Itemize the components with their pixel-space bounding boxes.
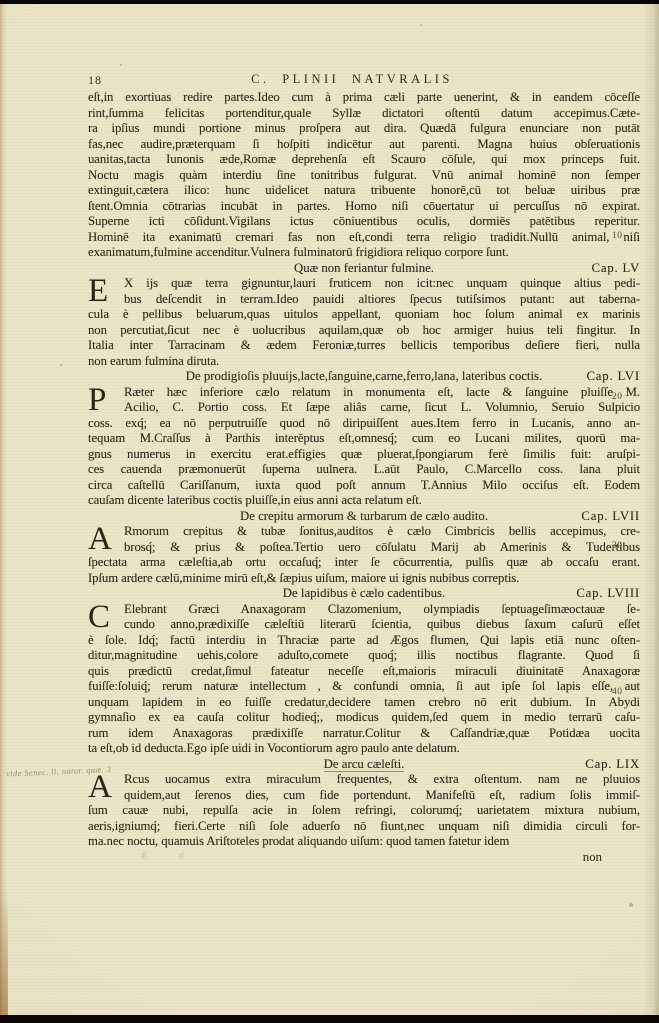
chapter-number: Cap. LVII — [581, 509, 640, 525]
text-line: brosq́; & prius & poſtea.Tertio uero cōſ… — [88, 540, 640, 556]
chapter-number: Cap. LVI — [586, 369, 640, 385]
margin-line-number: 10 — [612, 231, 623, 241]
text-line: exanimatum,fulmine accenditur.Vulnera fu… — [88, 245, 640, 261]
paragraph: PRæter hæc inferiore cælo relatum in mon… — [88, 385, 640, 509]
text-line: cauſam dicente lateribus coctis pluiſſe,… — [88, 493, 640, 509]
text-line: unquam lapidem in eo fuiſſe credatur,dec… — [88, 695, 640, 711]
text-line: cundo anno,prædixiſſe cæleſtiū literarū … — [88, 617, 640, 633]
text-line: gymnaſio ex ea cauſa colitur hodieq́;, m… — [88, 710, 640, 726]
text-line: Ipſum ardere cælū,minime mirū eſt,& ſæpi… — [88, 571, 640, 587]
text-line: bus deſcendit in terram.Ideo pauidi alti… — [88, 292, 640, 308]
text-line: circa caſtellū Cariſſanum, iuxta quod po… — [88, 478, 640, 494]
text-line: cula è pellibus beluarum,quas uitulos ap… — [88, 307, 640, 323]
paragraph: EX ijs quæ terra gignuntur,lauri frutice… — [88, 276, 640, 369]
drop-cap-initial: E — [88, 276, 108, 307]
text-line: gnus numerus in exercitu erat.effigies q… — [88, 447, 640, 463]
text-line: Elebrant Græci Anaxagoram Clazomenium, o… — [88, 602, 640, 618]
text-line: uanitas,tacta Iunonis æde,Romæ deprehenſ… — [88, 152, 640, 168]
text-line: Acilio, C. Portio coss. Et ſæpe aliâs ca… — [88, 400, 640, 416]
chapter-title: De crepitu armorum & turbarum de cælo au… — [240, 509, 488, 523]
paragraph: eſt,in exortiuas redire partes.Ideo cum … — [88, 90, 640, 261]
margin-line-number: 20 — [612, 392, 623, 402]
text-line: ditur,magnitudine uehis,colore aduſto,co… — [88, 648, 640, 664]
chapter-number: Cap. LIX — [585, 757, 640, 773]
text-line: ſpectata arma cæleſtia,ab ortu occaſuq́;… — [88, 555, 640, 571]
paper-specks — [120, 64, 122, 66]
chapter-heading-row: Quæ non feriantur fulmine.Cap. LV — [88, 261, 640, 277]
text-line: ſtent.Omnia cōtrarias incubāt in partes.… — [88, 199, 640, 215]
text-line: ra ipſius mundi portione minus proſpera … — [88, 121, 640, 137]
chapter-heading-row: De crepitu armorum & turbarum de cælo au… — [88, 509, 640, 525]
text-line: Noctu magis quàm interdiu ſine tonitribu… — [88, 168, 640, 184]
paragraph: ARmorum crepitus & tubæ ſonitus,auditos … — [88, 524, 640, 586]
text-line: quis prædictū credat,ſimul fateatur nece… — [88, 664, 640, 680]
chapter-heading-row: De lapidibus è cælo cadentibus.Cap. LVII… — [88, 586, 640, 602]
chapter-title: De arcu cæleſti. — [324, 757, 405, 772]
text-line: eſt,in exortiuas redire partes.Ideo cum … — [88, 90, 640, 106]
text-line: tequam M.Craſſus à Parthis interēptus eſ… — [88, 431, 640, 447]
text-line: ma.nec noctu, quamuis Ariſtoteles prodat… — [88, 834, 640, 850]
text-line: è ſole. Idq́; factū interdiu in Thraciæ … — [88, 633, 640, 649]
margin-line-number: 30 — [612, 541, 623, 551]
running-title: C. PLINII NATVRALIS — [76, 72, 628, 87]
paper-page: 18 C. PLINII NATVRALIS eſt,in exortiuas … — [0, 4, 659, 1015]
text-line: Rmorum crepitus & tubæ ſonitus,auditos è… — [88, 524, 640, 540]
text-line: rint,ſumma felicitas portenditur,quale S… — [88, 106, 640, 122]
text-line: coss. exq́; ea nō perputruiſſe quod nō d… — [88, 416, 640, 432]
scanned-book-page: 18 C. PLINII NATVRALIS eſt,in exortiuas … — [0, 0, 659, 1023]
text-line: Italia inter Tarracinam & ædem Feroniæ,t… — [88, 338, 640, 354]
margin-line-number: 40 — [612, 687, 623, 697]
text-line: ſum cauæ nubi, repulſa acie in ſolem ref… — [88, 803, 640, 819]
chapter-number: Cap. LV — [592, 261, 641, 277]
text-line: fas,nec audire,præterquam ſi hoſpiti ind… — [88, 137, 640, 153]
chapter-heading-row: De prodigioſis pluuijs,lacte,ſanguine,ca… — [88, 369, 640, 385]
text-line: X ijs quæ terra gignuntur,lauri fruticem… — [88, 276, 640, 292]
text-line: rum idem Anaxagoras prædixiſſe narratur.… — [88, 726, 640, 742]
text-line: Superne icti cōſidunt.Vigilans ictus cōn… — [88, 214, 640, 230]
page-header: 18 C. PLINII NATVRALIS — [88, 72, 640, 88]
text-line: non earum fulmina diruta. — [88, 354, 640, 370]
text-line: quidem,aut ſerenos dies, cum fide porten… — [88, 788, 640, 804]
text-line: Hominē ita exanimatū cremari fas non eſt… — [88, 230, 640, 246]
text-line: ces cauenda præmonuerūt ſuperna uulnera.… — [88, 462, 640, 478]
chapter-title: De prodigioſis pluuijs,lacte,ſanguine,ca… — [186, 369, 542, 383]
chapter-title: Quæ non feriantur fulmine. — [294, 261, 434, 275]
drop-cap-initial: A — [88, 772, 112, 803]
text-line: Rcus uocamus extra miraculum frequentes,… — [88, 772, 640, 788]
text-block: eſt,in exortiuas redire partes.Ideo cum … — [88, 90, 640, 865]
text-line: extinguit,cætera ilico: hunc uidelicet n… — [88, 183, 640, 199]
bleedthrough-signature-mark: b 3 — [128, 850, 184, 862]
chapter-number: Cap. LVIII — [576, 586, 640, 602]
binding-edge — [0, 885, 8, 1015]
drop-cap-initial: C — [88, 602, 110, 633]
chapter-title: De lapidibus è cælo cadentibus. — [283, 586, 445, 600]
drop-cap-initial: P — [88, 385, 106, 416]
paragraph: CElebrant Græci Anaxagoram Clazomenium, … — [88, 602, 640, 757]
chapter-heading-row: De arcu cæleſti.Cap. LIX — [88, 757, 640, 773]
text-line: aeris,igniumq́; fieri.Certe niſi ſole ad… — [88, 819, 640, 835]
text-line: non percutiat,ſicut nec è uolucribus aqu… — [88, 323, 640, 339]
paragraph: ARcus uocamus extra miraculum frequentes… — [88, 772, 640, 850]
text-line: Ræter hæc inferiore cælo relatum in monu… — [88, 385, 640, 401]
drop-cap-initial: A — [88, 524, 112, 555]
text-line: ta eſt,ob id deducta.Ego ipſe uidi in Vo… — [88, 741, 640, 757]
text-line: fuiſſe:ſoluiq́; rerum naturæ intellectum… — [88, 679, 640, 695]
